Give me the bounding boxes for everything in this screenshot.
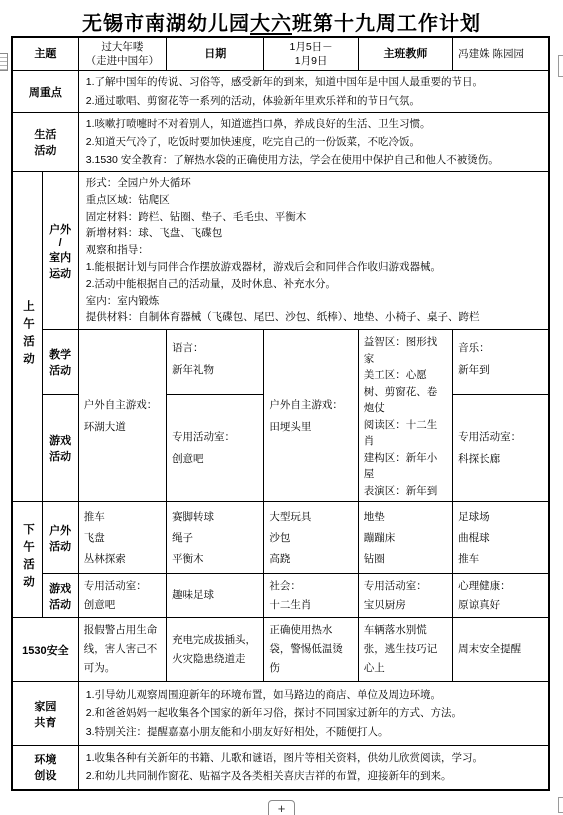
title-underlined-text: 大六 bbox=[250, 13, 292, 35]
teaching-activity-label: 教学 活动 bbox=[42, 330, 78, 395]
afternoon-game-cell: 专用活动室： 创意吧 bbox=[78, 574, 166, 618]
outdoor-activity-label: 户外 活动 bbox=[42, 502, 78, 574]
theme-label: 主题 bbox=[12, 37, 78, 71]
document-title: 无锡市南湖幼儿园大六班第十九周工作计划 bbox=[0, 7, 563, 36]
life-activity-item: 1.咳嗽打喷嚏时不对着别人，知道遮挡口鼻，养成良好的生活、卫生习惯。 bbox=[86, 115, 541, 133]
date-value: 1月5日－ 1月9日 bbox=[264, 37, 358, 71]
sports-content: 形式：全园户外大循环 重点区域：钻爬区 固定材料：跨栏、钻圈、垫子、毛毛虫、平衡… bbox=[78, 172, 549, 330]
home-coop-item: 3.特别关注：提醒嘉嘉小朋友能和小朋友好好相处，不随便打人。 bbox=[86, 723, 541, 742]
home-coop-item: 2.和爸爸妈妈一起收集各个国家的新年习俗，探讨不同国家过新年的方式、方法。 bbox=[86, 704, 541, 723]
sports-line: 室内：室内锻炼 bbox=[86, 293, 541, 310]
home-coop-content: 1.引导幼儿观察周围迎新年的环境布置，如马路边的商店、单位及周边环境。 2.和爸… bbox=[78, 682, 549, 746]
games-activity-label: 游戏 活动 bbox=[42, 394, 78, 501]
weekly-plan-table: 主题 过大年喽 （走进中国年） 日期 1月5日－ 1月9日 主班教师 冯建姝 陈… bbox=[11, 36, 550, 791]
afternoon-outdoor-cell: 足球场 曲棍球 推车 bbox=[453, 502, 549, 574]
afternoon-outdoor-row: 下午活动 户外 活动 推车 飞盘 丛林探索 赛脚转球 绳子 平衡木 大型玩具 沙… bbox=[12, 502, 549, 574]
week-focus-item: 1.了解中国年的传说、习俗等，感受新年的到来，知道中国年是中国人最重要的节日。 bbox=[86, 73, 541, 92]
teaching-language-cell: 语言： 新年礼物 bbox=[167, 330, 264, 395]
theme-value: 过大年喽 （走进中国年） bbox=[78, 37, 166, 71]
afternoon-outdoor-cell: 大型玩具 沙包 高跷 bbox=[264, 502, 358, 574]
teacher-value: 冯建姝 陈园园 bbox=[453, 37, 549, 71]
teaching-music-cell: 音乐： 新年到 bbox=[453, 330, 549, 395]
life-activity-item: 3.1530 安全教育：了解热水袋的正确使用方法，学会在使用中保护自己和他人不被… bbox=[86, 151, 541, 169]
info-row: 主题 过大年喽 （走进中国年） 日期 1月5日－ 1月9日 主班教师 冯建姝 陈… bbox=[12, 37, 549, 71]
week-focus-row: 周重点 1.了解中国年的传说、习俗等，感受新年的到来，知道中国年是中国人最重要的… bbox=[12, 71, 549, 113]
morning-activity-label-text: 上午活动 bbox=[22, 300, 34, 370]
afternoon-activity-label: 下午活动 bbox=[12, 502, 42, 618]
week-focus-label: 周重点 bbox=[12, 71, 78, 113]
afternoon-game-cell: 社会： 十二生肖 bbox=[264, 574, 358, 618]
home-coop-row: 家园 共育 1.引导幼儿观察周围迎新年的环境布置，如马路边的商店、单位及周边环境… bbox=[12, 682, 549, 746]
document-page: 无锡市南湖幼儿园大六班第十九周工作计划 主题 过大年喽 （走进中国年） 日期 1… bbox=[0, 0, 563, 815]
home-coop-item: 1.引导幼儿观察周围迎新年的环境布置，如马路边的商店、单位及周边环境。 bbox=[86, 686, 541, 705]
page-corner-artifact bbox=[558, 797, 563, 813]
life-activity-content: 1.咳嗽打喷嚏时不对着别人，知道遮挡口鼻，养成良好的生活、卫生习惯。 2.知道天… bbox=[78, 113, 549, 172]
afternoon-outdoor-cell: 地垫 蹦蹦床 钻圈 bbox=[358, 502, 452, 574]
home-coop-label: 家园 共育 bbox=[12, 682, 78, 746]
title-text-prefix: 无锡市南湖幼儿园 bbox=[82, 13, 250, 35]
add-button[interactable]: + bbox=[268, 800, 295, 815]
env-setup-row: 环境 创设 1.收集各种有关新年的书籍、儿歌和谜语，图片等相关资料，供幼儿欣赏阅… bbox=[12, 746, 549, 790]
week-focus-item: 2.通过歌唱、剪窗花等一系列的活动，体验新年里欢乐祥和的节日气氛。 bbox=[86, 92, 541, 111]
afternoon-outdoor-cell: 推车 飞盘 丛林探索 bbox=[78, 502, 166, 574]
sports-line: 新增材料：球、飞盘、飞碟包 bbox=[86, 225, 541, 242]
morning-outdoor-game-cell: 户外自主游戏： 环湖大道 bbox=[78, 330, 166, 502]
sports-line: 1.能根据计划与同伴合作摆放游戏器材，游戏后会和同伴合作收归游戏器械。 bbox=[86, 259, 541, 276]
safety-1530-label: 1530安全 bbox=[12, 618, 78, 682]
env-setup-item: 1.收集各种有关新年的书籍、儿歌和谜语，图片等相关资料，供幼儿欣赏阅读，学习。 bbox=[86, 749, 541, 768]
sports-section-label: 户外 / 室内 运动 bbox=[42, 172, 78, 330]
morning-activity-label: 上午活动 bbox=[12, 172, 42, 502]
safety-cell: 正确使用热水袋，警惕低温烫伤 bbox=[264, 618, 358, 682]
sports-line: 重点区域：钻爬区 bbox=[86, 192, 541, 209]
env-setup-label: 环境 创设 bbox=[12, 746, 78, 790]
sports-line: 2.活动中能根据自己的活动量，及时休息、补充水分。 bbox=[86, 276, 541, 293]
learning-corners-cell: 益智区：图形找家 美工区：心愿树、剪窗花、卷炮仗 阅读区：十二生肖 建构区：新年… bbox=[358, 330, 452, 502]
teacher-label: 主班教师 bbox=[358, 37, 452, 71]
sports-line: 固定材料：跨栏、钻圈、垫子、毛毛虫、平衡木 bbox=[86, 209, 541, 226]
afternoon-game-cell: 趣味足球 bbox=[167, 574, 264, 618]
afternoon-games-label: 游戏 活动 bbox=[42, 574, 78, 618]
plus-icon: + bbox=[278, 801, 286, 815]
morning-sports-row: 上午活动 户外 / 室内 运动 形式：全园户外大循环 重点区域：钻爬区 固定材料… bbox=[12, 172, 549, 330]
safety-1530-row: 1530安全 报假警占用生命线，害人害己不可为。 充电完成拔插头，火灾隐患绕道走… bbox=[12, 618, 549, 682]
week-focus-content: 1.了解中国年的传说、习俗等，感受新年的到来，知道中国年是中国人最重要的节日。 … bbox=[78, 71, 549, 113]
sports-line: 形式：全园户外大循环 bbox=[86, 175, 541, 192]
morning-outdoor-game-cell: 户外自主游戏： 田埂头里 bbox=[264, 330, 358, 502]
life-activity-item: 2.知道天气冷了，吃饭时要加快速度，吃完自己的一份饭菜，不吃冷饭。 bbox=[86, 133, 541, 151]
afternoon-games-row: 游戏 活动 专用活动室： 创意吧 趣味足球 社会： 十二生肖 专用活动室： 宝贝… bbox=[12, 574, 549, 618]
morning-teaching-row: 教学 活动 户外自主游戏： 环湖大道 语言： 新年礼物 户外自主游戏： 田埂头里… bbox=[12, 330, 549, 395]
safety-cell: 车辆落水别慌张，逃生技巧记心上 bbox=[358, 618, 452, 682]
life-activity-label: 生活 活动 bbox=[12, 113, 78, 172]
activity-room-cell: 专用活动室： 科探长廊 bbox=[453, 394, 549, 501]
activity-room-cell: 专用活动室： 创意吧 bbox=[167, 394, 264, 501]
sports-line: 观察和指导： bbox=[86, 242, 541, 259]
afternoon-activity-label-text: 下午活动 bbox=[22, 523, 34, 593]
afternoon-game-cell: 心理健康： 原谅真好 bbox=[453, 574, 549, 618]
safety-cell: 充电完成拔插头，火灾隐患绕道走 bbox=[167, 618, 264, 682]
safety-cell: 报假警占用生命线，害人害己不可为。 bbox=[78, 618, 166, 682]
afternoon-game-cell: 专用活动室： 宝贝厨房 bbox=[358, 574, 452, 618]
table-select-handle-icon[interactable] bbox=[0, 53, 8, 71]
title-text-suffix: 班第十九周工作计划 bbox=[292, 13, 481, 35]
env-setup-item: 2.和幼儿共同制作窗花、贴福字及各类相关喜庆吉祥的布置，迎接新年的到来。 bbox=[86, 767, 541, 786]
safety-cell: 周末安全提醒 bbox=[453, 618, 549, 682]
date-label: 日期 bbox=[167, 37, 264, 71]
life-activity-row: 生活 活动 1.咳嗽打喷嚏时不对着别人，知道遮挡口鼻，养成良好的生活、卫生习惯。… bbox=[12, 113, 549, 172]
env-setup-content: 1.收集各种有关新年的书籍、儿歌和谜语，图片等相关资料，供幼儿欣赏阅读，学习。 … bbox=[78, 746, 549, 790]
sports-line: 提供材料：自制体育器械（飞碟包、尾巴、沙包、纸棒）、地垫、小椅子、桌子、跨栏 bbox=[86, 309, 541, 326]
page-edge-artifact bbox=[558, 55, 563, 77]
afternoon-outdoor-cell: 赛脚转球 绳子 平衡木 bbox=[167, 502, 264, 574]
